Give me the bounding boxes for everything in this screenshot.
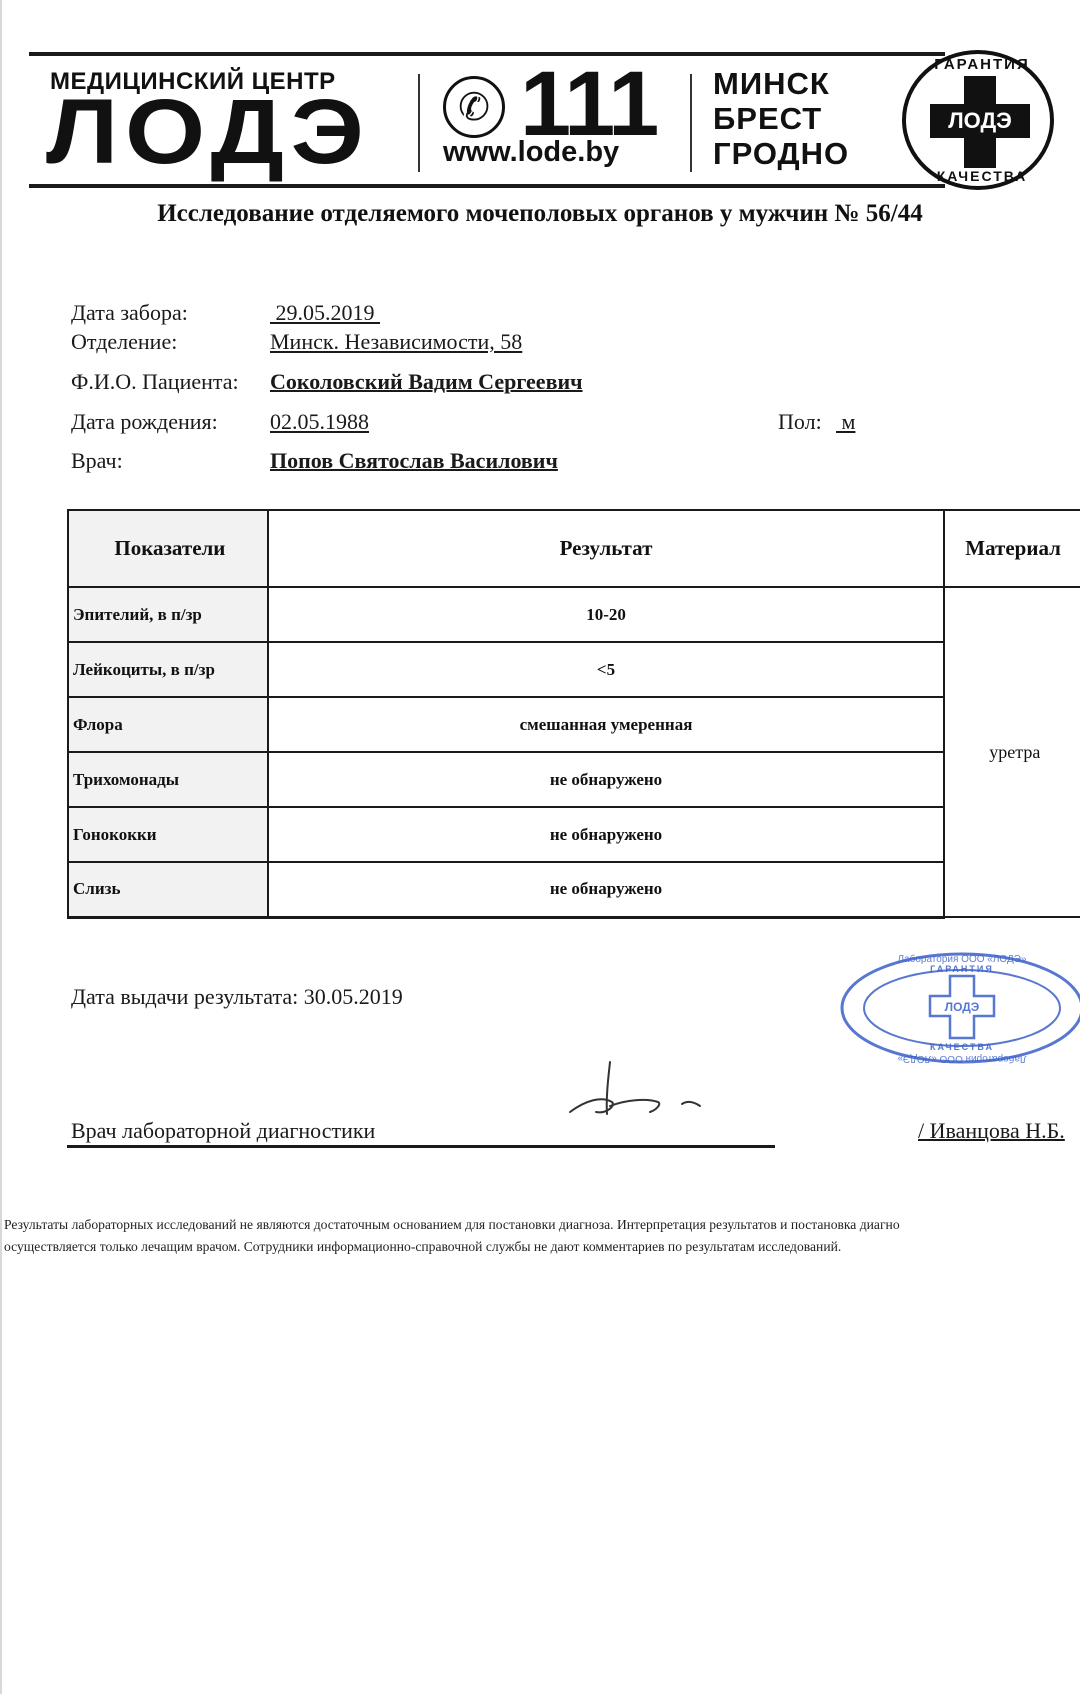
birth-date-value: 02.05.1988 bbox=[270, 409, 369, 435]
sex-value: м bbox=[836, 409, 855, 435]
disclaimer-line-2: осуществляется только лечащим врачом. Со… bbox=[4, 1239, 841, 1255]
indicator-cell: Флора bbox=[68, 697, 268, 752]
brand-logo-text: ЛОДЭ bbox=[46, 86, 371, 178]
svg-text:ГАРАНТИЯ: ГАРАНТИЯ bbox=[930, 964, 994, 974]
result-cell: 10-20 bbox=[268, 587, 944, 642]
result-cell: не обнаружено bbox=[268, 752, 944, 807]
result-cell: <5 bbox=[268, 642, 944, 697]
table-row: Гонококки не обнаружено bbox=[68, 807, 1080, 862]
indicator-cell: Эпителий, в п/зр bbox=[68, 587, 268, 642]
indicator-cell: Слизь bbox=[68, 862, 268, 917]
result-cell: не обнаружено bbox=[268, 862, 944, 917]
signature-icon bbox=[566, 1060, 736, 1120]
doctor-label: Врач: bbox=[71, 448, 123, 474]
city-brest: БРЕСТ bbox=[713, 101, 822, 137]
website-link[interactable]: www.lode.by bbox=[443, 136, 619, 169]
indicator-cell: Гонококки bbox=[68, 807, 268, 862]
indicator-cell: Лейкоциты, в п/зр bbox=[68, 642, 268, 697]
phone-handset-icon: ✆ bbox=[443, 76, 505, 138]
badge-top-text: ГАРАНТИЯ bbox=[932, 56, 1032, 73]
svg-text:КАЧЕСТВА: КАЧЕСТВА bbox=[930, 1042, 994, 1052]
header-bottom-rule bbox=[29, 184, 945, 188]
issue-date: Дата выдачи результата: 30.05.2019 bbox=[71, 984, 403, 1010]
table-header-row: Показатели Результат Материал bbox=[68, 510, 1080, 587]
indicator-cell: Трихомонады bbox=[68, 752, 268, 807]
collection-date-label: Дата забора: bbox=[71, 300, 188, 326]
signer-role: Врач лабораторной диагностики bbox=[71, 1118, 375, 1144]
svg-text:Лаборатория ООО «ЛОДЭ»: Лаборатория ООО «ЛОДЭ» bbox=[897, 1053, 1026, 1065]
svg-text:ЛОДЭ: ЛОДЭ bbox=[945, 1000, 980, 1014]
disclaimer-line-1: Результаты лабораторных исследований не … bbox=[4, 1217, 900, 1233]
city-grodno: ГРОДНО bbox=[713, 136, 849, 172]
column-header-material: Материал bbox=[944, 510, 1080, 587]
table-row: Трихомонады не обнаружено bbox=[68, 752, 1080, 807]
column-header-indicator: Показатели bbox=[68, 510, 268, 587]
birth-date-label: Дата рождения: bbox=[71, 409, 218, 435]
quality-guarantee-badge-icon: ГАРАНТИЯ ЛОДЭ КАЧЕСТВА bbox=[902, 50, 1054, 190]
badge-bottom-text: КАЧЕСТВА bbox=[932, 168, 1032, 184]
results-table: Показатели Результат Материал Эпителий, … bbox=[67, 509, 1080, 919]
table-row: Эпителий, в п/зр 10-20 уретра bbox=[68, 587, 1080, 642]
svg-text:Лаборатория ООО «ЛОДЭ»: Лаборатория ООО «ЛОДЭ» bbox=[897, 953, 1026, 965]
patient-name-label: Ф.И.О. Пациента: bbox=[71, 369, 239, 395]
table-row: Флора смешанная умеренная bbox=[68, 697, 1080, 752]
header-top-rule bbox=[29, 52, 945, 56]
result-cell: смешанная умеренная bbox=[268, 697, 944, 752]
table-row: Лейкоциты, в п/зр <5 bbox=[68, 642, 1080, 697]
doctor-value: Попов Святослав Василович bbox=[270, 448, 558, 474]
patient-name-value: Соколовский Вадим Сергеевич bbox=[270, 369, 583, 395]
signer-name: / Иванцова Н.Б. bbox=[918, 1118, 1065, 1144]
signature-line bbox=[67, 1145, 775, 1148]
column-header-result: Результат bbox=[268, 510, 944, 587]
department-value: Минск. Независимости, 58 bbox=[270, 329, 522, 355]
sex-label: Пол: bbox=[778, 409, 822, 435]
header-divider bbox=[418, 74, 420, 172]
department-label: Отделение: bbox=[71, 329, 177, 355]
page-edge bbox=[0, 0, 2, 1694]
material-cell: уретра bbox=[944, 587, 1080, 917]
city-minsk: МИНСК bbox=[713, 66, 830, 102]
lab-stamp-icon: ЛОДЭ ГАРАНТИЯ КАЧЕСТВА Лаборатория ООО «… bbox=[838, 950, 1080, 1068]
collection-date-value: 29.05.2019 bbox=[270, 300, 380, 326]
badge-center-text: ЛОДЭ bbox=[930, 104, 1030, 138]
document-title: Исследование отделяемого мочеполовых орг… bbox=[0, 200, 1080, 228]
result-cell: не обнаружено bbox=[268, 807, 944, 862]
table-row: Слизь не обнаружено bbox=[68, 862, 1080, 917]
header-divider bbox=[690, 74, 692, 172]
